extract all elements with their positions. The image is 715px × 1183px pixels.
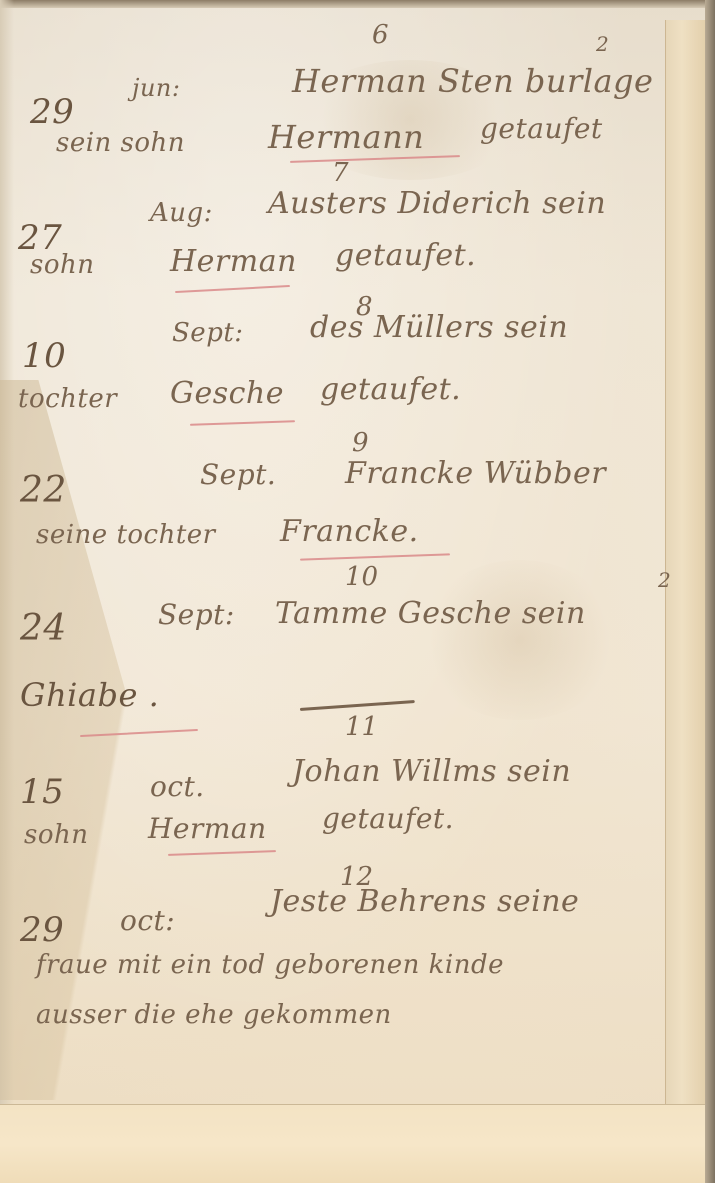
entry-line1: Tamme Gesche sein [275,596,586,631]
entry-number: 7 [332,158,349,188]
entry-number: 10 [345,562,378,592]
child-name: Hermann [268,118,424,156]
entry-line2-suffix: getaufet. [320,372,461,407]
entry-line1: Jeste Behrens seine [270,884,579,919]
water-stain [420,560,620,720]
entry-day: 22 [20,470,67,511]
name-underline [300,553,450,560]
entry-line2-suffix: getaufet. [322,802,454,835]
entry-month: Sept: [158,598,235,631]
entry-line2-prefix: tochter [18,384,117,414]
page-top-edge [0,0,715,8]
child-name: Gesche [170,376,284,411]
entry-month: oct. [150,770,205,803]
entry-line2-prefix: seine tochter [36,520,216,550]
pen-flourish [300,700,415,711]
entry-number: 9 [352,428,369,458]
child-name: Francke. [280,514,419,549]
superscript-mark: 2 [658,568,671,592]
entry-line2: fraue mit ein tod geborenen kinde [36,950,504,980]
entry-line2-prefix: sohn [24,820,89,850]
child-name: Ghiabe . [20,676,159,714]
manuscript-page: 6 29 jun: Herman Sten burlage 2 sein soh… [0,0,715,1183]
entry-line2-prefix: sein sohn [56,128,185,158]
entry-line3: ausser die ehe gekommen [36,1000,392,1030]
entry-day: 15 [20,772,64,812]
entry-line2-suffix: getaufet [480,112,603,145]
entry-line2-suffix: getaufet. [335,238,476,273]
entry-line1: Johan Willms sein [292,754,571,789]
entry-day: 29 [20,910,64,950]
child-name: Herman [148,812,267,845]
entry-day: 24 [20,608,67,649]
name-underline [175,285,290,293]
entry-number: 11 [345,712,378,742]
entry-day: 10 [22,336,66,376]
binding-spine [705,0,715,1183]
entry-line1: Herman Sten burlage [292,62,653,100]
entry-line2-prefix: sohn [30,250,95,280]
entry-number: 6 [372,20,389,50]
name-underline [190,420,295,426]
entry-day: 29 [30,92,74,132]
entry-line1: Austers Diderich sein [268,186,606,221]
entry-month: Sept: [172,318,244,348]
entry-month: Sept. [200,458,276,491]
entry-month: Aug: [150,198,213,228]
child-name: Herman [170,244,297,279]
entry-line1: Francke Wübber [345,456,606,491]
superscript-mark: 2 [596,32,609,56]
entry-month: jun: [132,74,180,102]
entry-month: oct: [120,904,175,937]
binding-strip [665,20,706,1170]
entry-line1: des Müllers sein [310,310,568,345]
bottom-paper-strip [0,1104,705,1183]
name-underline [168,850,276,856]
